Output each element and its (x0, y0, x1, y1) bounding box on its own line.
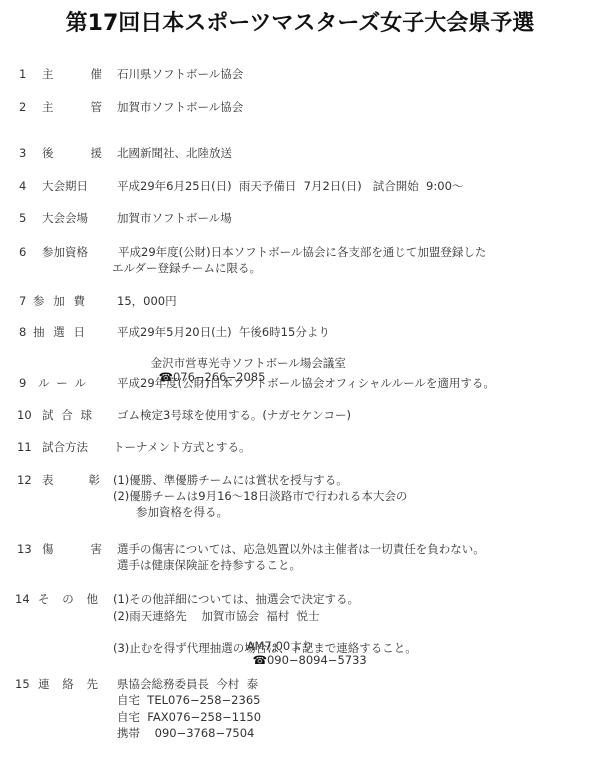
label-char: 参 (33, 294, 45, 308)
label-char: 選 (53, 325, 65, 339)
item-label: ル ー ル (38, 376, 86, 390)
item-content: 参加資格を得る。 (136, 505, 228, 519)
item-content: 加賀市ソフトボール場 (117, 211, 232, 225)
label-char: 彰 (89, 473, 101, 487)
label-char: 抽 (33, 325, 45, 339)
item-label: 試 合 球 (42, 408, 92, 422)
item-label: 主 催 (42, 67, 102, 81)
item-label: 表 彰 (42, 473, 100, 487)
item-label: 大会期日 (42, 179, 102, 193)
label-char: 費 (74, 294, 86, 308)
item-number: 10 (17, 408, 32, 422)
label-char: の (62, 592, 74, 606)
item-content: 平成29年5月20日(土) 午後6時15分より (117, 325, 330, 339)
item-content: (2)雨天連絡先 加賀市協会 福村 悦士 (113, 609, 320, 623)
label-char: ー (56, 376, 68, 390)
item-content: (1)その他詳細については、抽選会で決定する。 (113, 592, 359, 606)
item-content: ゴム検定3号球を使用する。(ナガセケンコー) (117, 408, 351, 422)
item-label: 大会会場 (42, 211, 102, 225)
item-number: 11 (17, 440, 32, 454)
label-char: 加 (53, 294, 65, 308)
item-number: 5 (19, 211, 26, 225)
phone-number: 090−8094−5733 (267, 653, 367, 667)
label-char: 管 (91, 100, 103, 114)
item-content: (1)優勝、準優勝チームには賞状を授与する。 (113, 473, 348, 487)
item-content: 平成29年度(公財)日本ソフトボール協会オフィシャルルールを適用する。 (117, 376, 495, 390)
label-char: 後 (42, 146, 54, 160)
label-char: 害 (91, 542, 103, 556)
label-char: 先 (87, 677, 99, 691)
phone-icon: ☎ (253, 653, 267, 667)
item-content: 加賀市ソフトボール協会 (117, 100, 243, 114)
item-number: 4 (19, 179, 26, 193)
item-number: 14 (15, 592, 30, 606)
item-label: そ の 他 (38, 592, 98, 606)
label-char: 球 (81, 408, 93, 422)
item-content: 平成29年度(公財)日本ソフトボール協会に各支部を通じて加盟登録した (118, 245, 486, 259)
item-content: 自宅 FAX076−258−1150 (117, 710, 261, 724)
item-content: (2)優勝チームは9月16〜18日淡路市で行われる本大会の (113, 489, 407, 503)
item-content: 平成29年6月25日(日) 雨天予備日 7月2日(日) 試合開始 9:00〜 (117, 179, 463, 193)
item-content: (3)止むを得ず代理抽選の場合は、下記まで連絡すること。 (113, 641, 417, 655)
label-char: 合 (61, 408, 73, 422)
item-content: 携帯 090−3768−7504 (117, 726, 254, 740)
item-number: 2 (19, 100, 26, 114)
label-char: 主 (42, 100, 54, 114)
label-char: そ (38, 592, 50, 606)
item-label: 参加資格 (42, 245, 102, 259)
item-label: 主 管 (42, 100, 102, 114)
label-text: 大会会場 (42, 211, 88, 225)
item-content: 北國新聞社、北陸放送 (117, 146, 232, 160)
label-char: 絡 (62, 677, 74, 691)
label-text: 参加資格 (42, 245, 88, 259)
item-number: 12 (17, 473, 32, 487)
item-content: エルダー登録チームに限る。 (112, 261, 261, 275)
label-char: ル (75, 376, 87, 390)
label-char: 日 (74, 325, 86, 339)
item-number: 1 (19, 67, 26, 81)
item-number: 6 (19, 245, 26, 259)
item-label: 抽 選 日 (33, 325, 85, 339)
label-char: 連 (38, 677, 50, 691)
item-content: 県協会総務委員長 今村 泰 (117, 677, 258, 691)
label-char: 他 (87, 592, 99, 606)
item-number: 9 (19, 376, 26, 390)
label-char: ル (38, 376, 50, 390)
label-char: 表 (42, 473, 54, 487)
label-text: 大会期日 (42, 179, 88, 193)
page-title: 第17回日本スポーツマスターズ女子大会県予選 (0, 6, 600, 37)
item-label: 傷 害 (42, 542, 102, 556)
venue-text: 金沢市営専光寺ソフトボール場会議室 (151, 356, 346, 370)
label-char: 催 (91, 67, 103, 81)
label-text: 試合方法 (42, 440, 88, 454)
item-content: 選手の傷害については、応急処置以外は主催者は一切責任を負わない。 (117, 542, 485, 556)
label-char: 援 (91, 146, 103, 160)
item-content: 自宅 TEL076−258−2365 (117, 693, 260, 707)
item-content: 選手は健康保険証を持参すること。 (117, 558, 301, 572)
item-content: 15，000円 (117, 294, 177, 308)
item-number: 3 (19, 146, 26, 160)
item-label: 試合方法 (42, 440, 102, 454)
item-number: 15 (15, 677, 30, 691)
item-label: 連 絡 先 (38, 677, 98, 691)
label-char: 試 (42, 408, 54, 422)
label-char: 主 (42, 67, 54, 81)
item-number: 7 (19, 294, 26, 308)
item-content: 石川県ソフトボール協会 (117, 67, 243, 81)
item-number: 8 (19, 325, 26, 339)
item-label: 後 援 (42, 146, 102, 160)
label-char: 傷 (42, 542, 54, 556)
item-label: 参 加 費 (33, 294, 85, 308)
item-content: トーナメント方式とする。 (113, 440, 251, 454)
item-number: 13 (17, 542, 32, 556)
